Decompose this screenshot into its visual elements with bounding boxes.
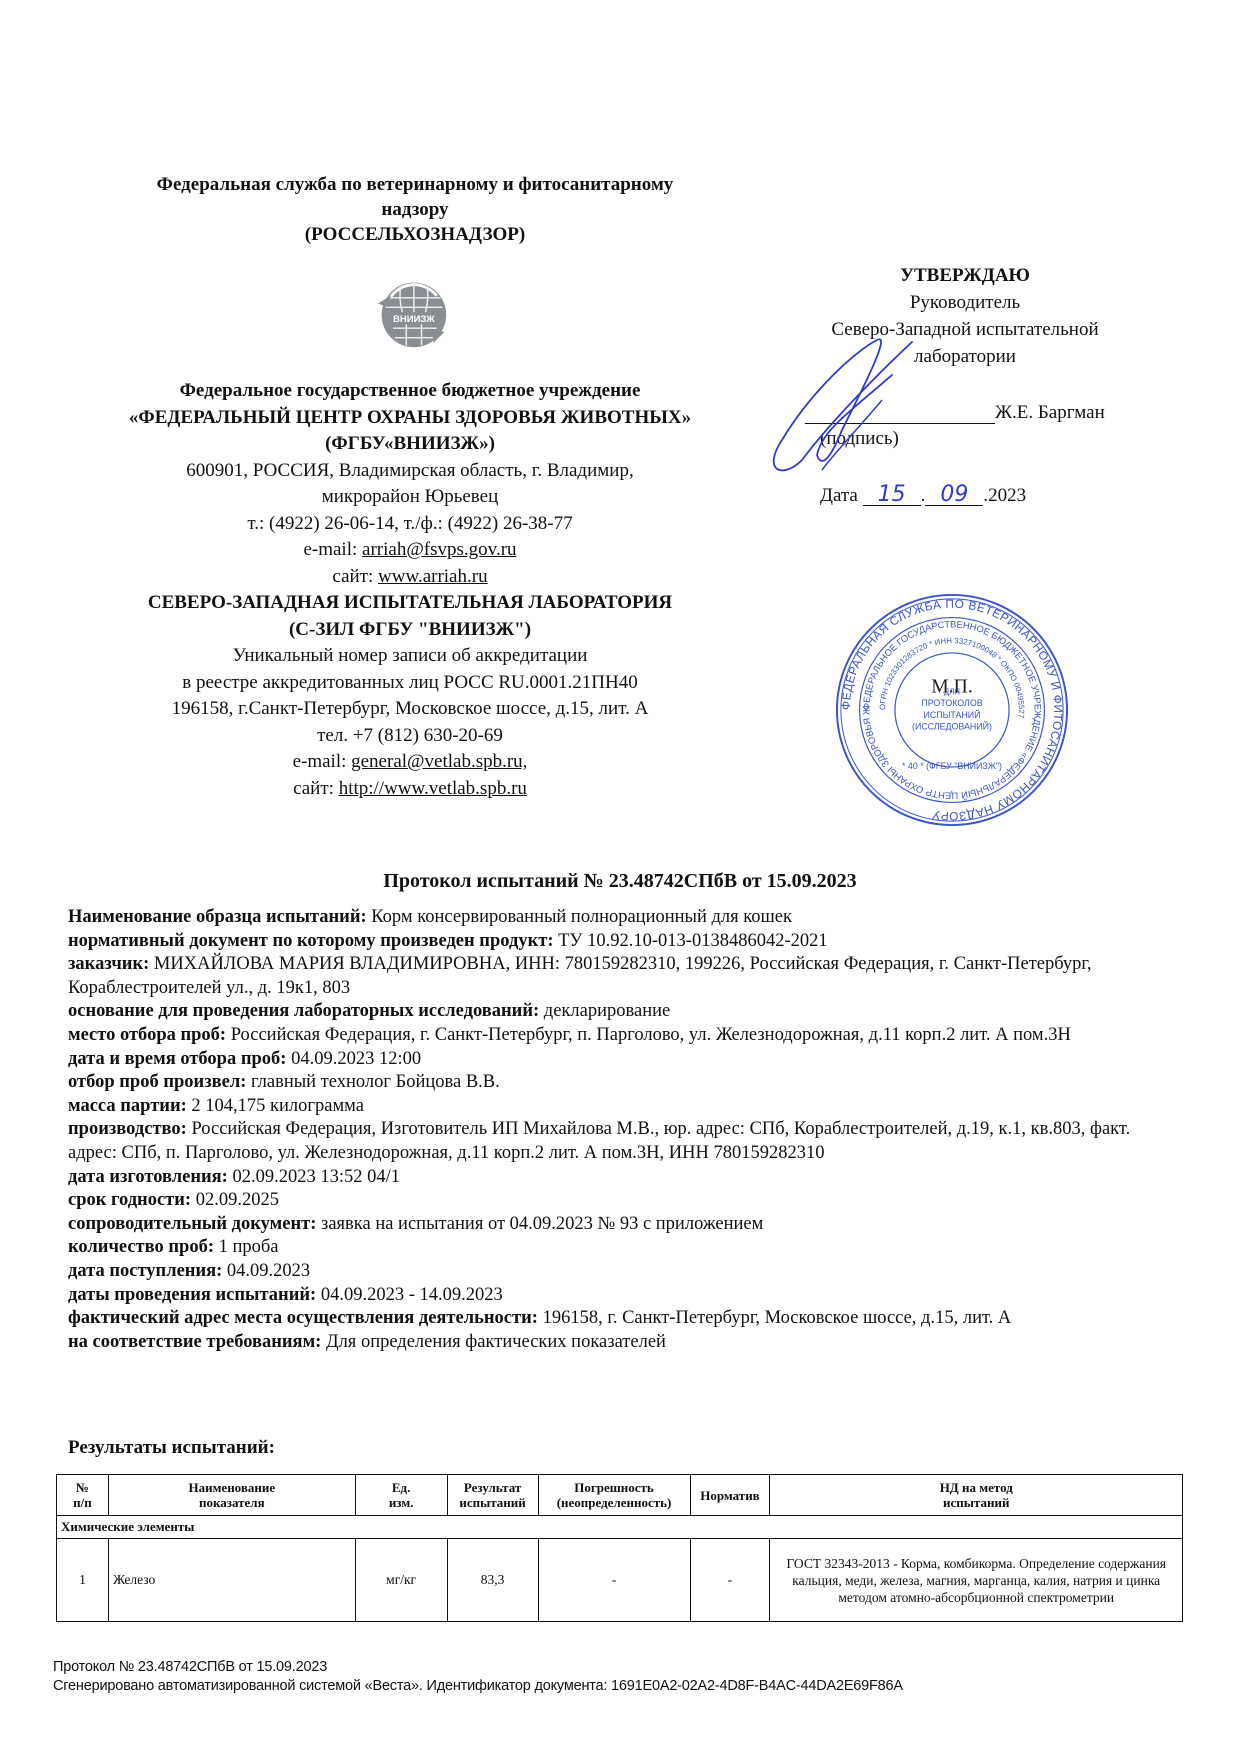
field-label: заказчик:	[68, 954, 149, 974]
accreditation-line1: Уникальный номер записи об аккредитации	[80, 643, 740, 670]
column-header-method: НД на методиспытаний	[770, 1475, 1183, 1516]
field-value: заявка на испытания от 04.09.2023 № 93 с…	[316, 1214, 763, 1234]
lab-site-label: сайт:	[293, 778, 339, 799]
field-value: 04.09.2023 12:00	[286, 1049, 421, 1069]
field-value: главный технолог Бойцова В.В.	[246, 1072, 499, 1092]
cell-norm: -	[690, 1539, 770, 1622]
field-label: основание для проведения лабораторных ис…	[68, 1001, 539, 1021]
field-label: количество проб:	[68, 1237, 214, 1257]
field-value: Российская Федерация, Изготовитель ИП Ми…	[68, 1119, 1130, 1163]
org-address-line1: 600901, РОССИЯ, Владимирская область, г.…	[80, 458, 740, 485]
field-sampling-datetime: дата и время отбора проб: 04.09.2023 12:…	[68, 1048, 1183, 1072]
cell-number: 1	[57, 1539, 109, 1622]
field-value: МИХАЙЛОВА МАРИЯ ВЛАДИМИРОВНА, ИНН: 78015…	[68, 954, 1092, 998]
approver-position-line1: Руководитель	[790, 289, 1140, 316]
field-sample-count: количество проб: 1 проба	[68, 1236, 1183, 1260]
field-value: 1 проба	[214, 1237, 279, 1257]
field-production: производство: Российская Федерация, Изго…	[68, 1118, 1183, 1165]
cell-result: 83,3	[447, 1539, 538, 1622]
agency-header: Федеральная служба по ветеринарному и фи…	[110, 172, 720, 247]
field-value: Для определения фактических показателей	[321, 1332, 666, 1352]
field-label: срок годности:	[68, 1190, 191, 1210]
org-email-label: e-mail:	[303, 539, 362, 560]
field-value: Российская Федерация, г. Санкт-Петербург…	[226, 1025, 1071, 1045]
field-label: фактический адрес места осуществления де…	[68, 1308, 538, 1328]
sample-details: Наименование образца испытаний: Корм кон…	[68, 906, 1183, 1354]
table-group-row: Химические элементы	[57, 1516, 1183, 1539]
stamp-center-line3: ИСПЫТАНИЙ	[923, 709, 980, 720]
stamp-center-line2: ПРОТОКОЛОВ	[921, 698, 982, 708]
field-value: 196158, г. Санкт-Петербург, Московское ш…	[538, 1308, 1011, 1328]
signer-name: Ж.Е. Баргман	[995, 402, 1105, 423]
handwritten-signature-icon	[762, 330, 942, 480]
lab-email-row: e-mail: general@vetlab.spb.ru,	[80, 749, 740, 776]
field-sampling-place: место отбора проб: Российская Федерация,…	[68, 1024, 1183, 1048]
official-stamp-icon: ФЕДЕРАЛЬНАЯ СЛУЖБА ПО ВЕТЕРИНАРНОМУ И ФИ…	[834, 592, 1070, 828]
field-sample-name: Наименование образца испытаний: Корм кон…	[68, 906, 1183, 930]
table-header-row: №п/п Наименованиепоказателя Ед.изм. Резу…	[57, 1475, 1183, 1516]
field-label: место отбора проб:	[68, 1025, 226, 1045]
field-label: даты проведения испытаний:	[68, 1285, 316, 1305]
lab-email-label: e-mail:	[293, 751, 352, 772]
org-site-link[interactable]: www.arriah.ru	[378, 566, 488, 587]
field-label: дата и время отбора проб:	[68, 1049, 286, 1069]
agency-name-line1: Федеральная служба по ветеринарному и фи…	[110, 172, 720, 197]
field-label: отбор проб произвел:	[68, 1072, 246, 1092]
field-label: сопроводительный документ:	[68, 1214, 316, 1234]
organization-block: Федеральное государственное бюджетное уч…	[80, 378, 740, 802]
results-table: №п/п Наименованиепоказателя Ед.изм. Резу…	[56, 1474, 1183, 1622]
field-sampled-by: отбор проб произвел: главный технолог Бо…	[68, 1071, 1183, 1095]
date-label: Дата	[820, 485, 863, 506]
field-basis: основание для проведения лабораторных ис…	[68, 1000, 1183, 1024]
cell-indicator: Железо	[108, 1539, 355, 1622]
date-day-handwritten: 15	[863, 485, 921, 506]
field-label: производство:	[68, 1119, 187, 1139]
agency-name-line2: надзору	[110, 197, 720, 222]
agency-abbr: (РОССЕЛЬХОЗНАДЗОР)	[110, 222, 720, 247]
stamp-center-line4: (ИССЛЕДОВАНИЙ)	[912, 721, 992, 732]
cell-unit: мг/кг	[355, 1539, 447, 1622]
lab-address: 196158, г.Санкт-Петербург, Московское шо…	[80, 696, 740, 723]
field-value: ТУ 10.92.10-013-0138486042-2021	[553, 931, 827, 951]
org-type: Федеральное государственное бюджетное уч…	[80, 378, 740, 405]
lab-abbr: (С-ЗИЛ ФГБУ "ВНИИЗЖ")	[80, 617, 740, 644]
column-header-result: Результатиспытаний	[447, 1475, 538, 1516]
approval-title: УТВЕРЖДАЮ	[790, 262, 1140, 289]
field-value: 02.09.2023 13:52 04/1	[228, 1167, 400, 1187]
field-customer: заказчик: МИХАЙЛОВА МАРИЯ ВЛАДИМИРОВНА, …	[68, 953, 1183, 1000]
lab-phone: тел. +7 (812) 630-20-69	[80, 723, 740, 750]
field-accompanying-doc: сопроводительный документ: заявка на исп…	[68, 1213, 1183, 1237]
lab-name: СЕВЕРО-ЗАПАДНАЯ ИСПЫТАТЕЛЬНАЯ ЛАБОРАТОРИ…	[80, 590, 740, 617]
field-batch-mass: масса партии: 2 104,175 килограмма	[68, 1095, 1183, 1119]
field-value: 04.09.2023 - 14.09.2023	[316, 1285, 503, 1305]
org-email-link[interactable]: arriah@fsvps.gov.ru	[362, 539, 517, 560]
date-month-handwritten: 09	[925, 485, 983, 506]
column-header-number: №п/п	[57, 1475, 109, 1516]
field-shelf-life: срок годности: 02.09.2025	[68, 1189, 1183, 1213]
field-label: нормативный документ по которому произве…	[68, 931, 553, 951]
field-value: 04.09.2023	[222, 1261, 310, 1281]
protocol-title: Протокол испытаний № 23.48742СПбВ от 15.…	[0, 870, 1240, 893]
org-site-label: сайт:	[332, 566, 378, 587]
field-label: масса партии:	[68, 1096, 187, 1116]
org-address-line2: микрорайон Юрьевец	[80, 484, 740, 511]
vniizzh-logo-icon: ВНИИЗЖ	[374, 275, 450, 351]
logo-text: ВНИИЗЖ	[393, 314, 435, 325]
table-row: 1 Железо мг/кг 83,3 - - ГОСТ 32343-2013 …	[57, 1539, 1183, 1622]
field-value: декларирование	[539, 1001, 670, 1021]
org-email-row: e-mail: arriah@fsvps.gov.ru	[80, 537, 740, 564]
lab-site-row: сайт: http://www.vetlab.spb.ru	[80, 776, 740, 803]
approval-date-row: Дата 15.09.2023	[820, 485, 1026, 507]
group-name: Химические элементы	[57, 1516, 1183, 1539]
field-label: дата изготовления:	[68, 1167, 228, 1187]
field-manufacture-date: дата изготовления: 02.09.2023 13:52 04/1	[68, 1166, 1183, 1190]
field-compliance: на соответствие требованиям: Для определ…	[68, 1331, 1183, 1355]
field-label: дата поступления:	[68, 1261, 222, 1281]
field-label: Наименование образца испытаний:	[68, 907, 367, 927]
field-receipt-date: дата поступления: 04.09.2023	[68, 1260, 1183, 1284]
stamp-mp-label: М.П.	[931, 675, 973, 697]
column-header-norm: Норматив	[690, 1475, 770, 1516]
field-value: Корм консервированный полнорационный для…	[367, 907, 792, 927]
footer-generated-note: Сгенерировано автоматизированной системо…	[53, 1677, 903, 1696]
column-header-unit: Ед.изм.	[355, 1475, 447, 1516]
stamp-bottom-text: * 40 * (ФГБУ "ВНИИЗЖ")	[902, 761, 1002, 771]
column-header-uncertainty: Погрешность(неопределенность)	[538, 1475, 690, 1516]
lab-site-link[interactable]: http://www.vetlab.spb.ru	[339, 778, 527, 799]
field-normative-doc: нормативный документ по которому произве…	[68, 930, 1183, 954]
field-label: на соответствие требованиям:	[68, 1332, 321, 1352]
org-name: «ФЕДЕРАЛЬНЫЙ ЦЕНТР ОХРАНЫ ЗДОРОВЬЯ ЖИВОТ…	[80, 405, 740, 432]
cell-method: ГОСТ 32343-2013 - Корма, комбикорма. Опр…	[770, 1539, 1183, 1622]
column-header-indicator: Наименованиепоказателя	[108, 1475, 355, 1516]
field-test-dates: даты проведения испытаний: 04.09.2023 - …	[68, 1284, 1183, 1308]
page-footer: Протокол № 23.48742СПбВ от 15.09.2023 Сг…	[53, 1658, 903, 1696]
date-year: .2023	[983, 485, 1026, 506]
field-value: 02.09.2025	[191, 1190, 279, 1210]
lab-email-link[interactable]: general@vetlab.spb.ru,	[351, 751, 527, 772]
org-site-row: сайт: www.arriah.ru	[80, 564, 740, 591]
field-value: 2 104,175 килограмма	[187, 1096, 364, 1116]
org-abbr: (ФГБУ«ВНИИЗЖ»)	[80, 431, 740, 458]
results-title: Результаты испытаний:	[68, 1437, 275, 1459]
field-actual-address: фактический адрес места осуществления де…	[68, 1307, 1183, 1331]
accreditation-line2: в реестре аккредитованных лиц РОСС RU.00…	[80, 670, 740, 697]
cell-uncertainty: -	[538, 1539, 690, 1622]
footer-protocol-ref: Протокол № 23.48742СПбВ от 15.09.2023	[53, 1658, 903, 1677]
org-phone: т.: (4922) 26-06-14, т./ф.: (4922) 26-38…	[80, 511, 740, 538]
